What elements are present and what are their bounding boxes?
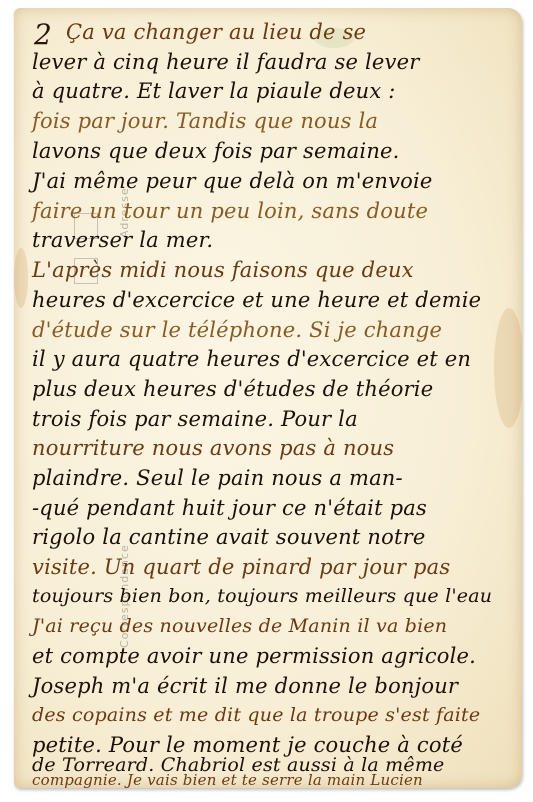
text-line: faire un tour un peu loin, sans doute	[32, 201, 428, 222]
text-line: -qué pendant huit jour ce n'était pas	[32, 498, 427, 519]
text-line: L'après midi nous faisons que deux	[32, 260, 414, 281]
postcard: Adresse Correspondance 2 Ça va changer a…	[14, 8, 522, 788]
text-line: lever à cinq heure il faudra se lever	[32, 52, 419, 73]
text-line: lavons que deux fois par semaine.	[32, 141, 400, 162]
text-line: petite. Pour le moment je couche à coté	[32, 735, 463, 756]
text-line: J'ai même peur que delà on m'envoie	[32, 171, 433, 192]
text-line: traverser la mer.	[32, 230, 213, 251]
text-line: plaindre. Seul le pain nous a man-	[32, 468, 403, 489]
text-line: toujours bien bon, toujours meilleurs qu…	[32, 587, 492, 606]
text-line: heures d'excercice et une heure et demie	[32, 290, 481, 311]
text-line: J'ai reçu des nouvelles de Manin il va b…	[32, 617, 447, 636]
text-line: il y aura quatre heures d'excercice et e…	[32, 349, 471, 370]
text-line: des copains et me dit que la troupe s'es…	[32, 706, 480, 725]
text-line: nourriture nous avons pas à nous	[32, 438, 394, 459]
text-line: Joseph m'a écrit il me donne le bonjour	[32, 676, 458, 697]
text-line: fois par jour. Tandis que nous la	[32, 111, 378, 132]
text-line: plus deux heures d'études de théorie	[32, 379, 433, 400]
text-line-signoff: compagnie. Je vais bien et te serre la m…	[32, 773, 423, 788]
text-line: rigolo la cantine avait souvent notre	[32, 527, 425, 548]
text-line: visite. Un quart de pinard par jour pas	[32, 557, 450, 578]
text-line: d'étude sur le téléphone. Si je change	[32, 320, 442, 341]
handwritten-text: Ça va changer au lieu de se lever à cinq…	[14, 8, 522, 788]
text-line: trois fois par semaine. Pour la	[32, 409, 358, 430]
text-line: à quatre. Et laver la piaule deux :	[32, 81, 396, 102]
text-line: Ça va changer au lieu de se	[66, 22, 366, 43]
text-line: et compte avoir une permission agricole.	[32, 646, 476, 667]
